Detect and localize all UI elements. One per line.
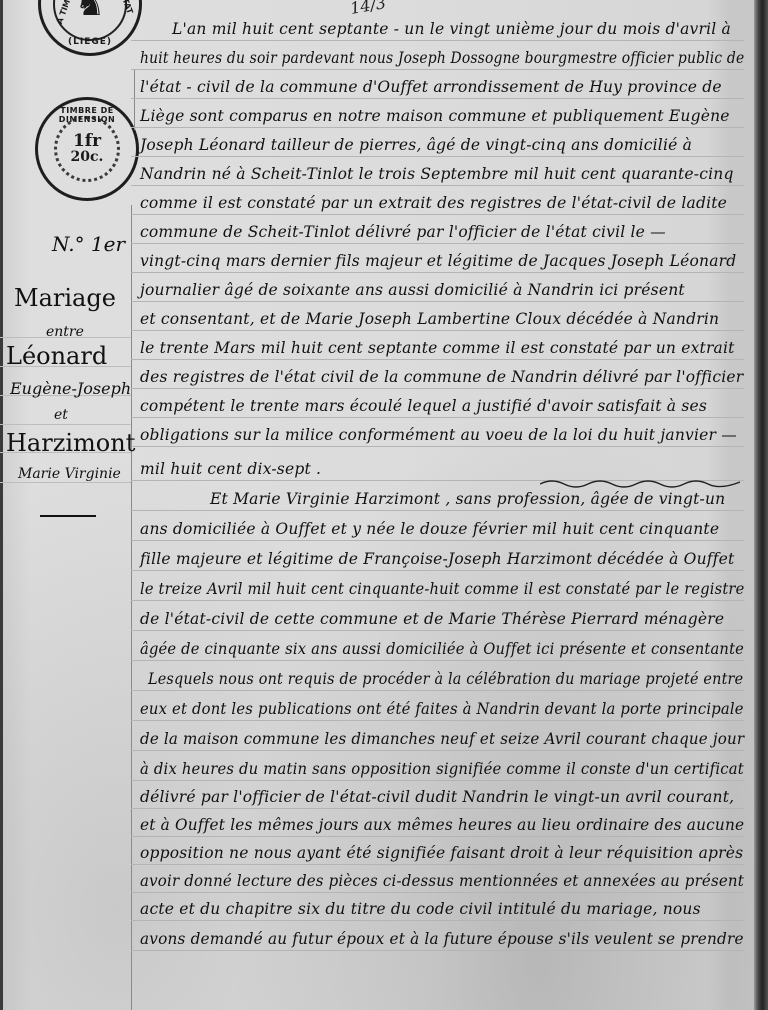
ruled-line bbox=[131, 156, 744, 157]
margin-heading-mariage: Mariage bbox=[14, 284, 116, 312]
body-line: à dix heures du matin sans opposition si… bbox=[140, 760, 744, 778]
ruled-line bbox=[131, 185, 744, 186]
margin-rule bbox=[131, 205, 132, 1010]
book-binding bbox=[754, 0, 768, 1010]
margin-and: et bbox=[54, 407, 68, 423]
body-line: Et Marie Virginie Harzimont , sans profe… bbox=[210, 490, 725, 508]
body-line: obligations sur la milice conformément a… bbox=[140, 426, 737, 444]
ruled-line bbox=[131, 417, 744, 418]
bride-given-names: Marie Virginie bbox=[18, 466, 121, 482]
body-line: compétent le trente mars écoulé lequel a… bbox=[140, 397, 707, 415]
ruled-line bbox=[131, 570, 744, 571]
body-line: commune de Scheit-Tinlot délivré par l'o… bbox=[140, 223, 666, 241]
body-line: avoir donné lecture des pièces ci-dessus… bbox=[140, 872, 744, 890]
body-line: et à Ouffet les mêmes jours aux mêmes he… bbox=[140, 816, 744, 834]
body-line: délivré par l'officier de l'état-civil d… bbox=[140, 788, 734, 806]
liege-stamp: ♞ A TIMBRE ETAT (LIEGE) bbox=[38, 0, 142, 56]
dimension-stamp: TIMBRE DE DIMENSION 1fr 20c. bbox=[35, 97, 139, 201]
ruled-line bbox=[131, 920, 744, 921]
ruled-line bbox=[131, 864, 744, 865]
ruled-line bbox=[131, 600, 744, 601]
ruled-line bbox=[131, 950, 744, 951]
body-line: acte et du chapitre six du titre du code… bbox=[140, 900, 701, 918]
act-number: N.° 1er bbox=[52, 232, 125, 256]
body-line: le treize Avril mil huit cent cinquante-… bbox=[140, 580, 744, 598]
margin-separator bbox=[40, 515, 96, 517]
body-line: Lesquels nous ont requis de procéder à l… bbox=[148, 670, 743, 688]
margin-ruled-line bbox=[0, 482, 131, 483]
ruled-line bbox=[131, 690, 744, 691]
groom-given-names: Eugène-Joseph bbox=[10, 379, 131, 398]
ruled-line bbox=[131, 750, 744, 751]
ruled-line bbox=[131, 243, 744, 244]
stamp-value-cents: 20c. bbox=[71, 150, 104, 165]
body-line: Joseph Léonard tailleur de pierres, âgé … bbox=[140, 136, 692, 154]
ruled-line bbox=[131, 808, 744, 809]
body-line: de l'état-civil de cette commune et de M… bbox=[140, 610, 724, 628]
body-line: le trente Mars mil huit cent septante co… bbox=[140, 339, 735, 357]
body-line: comme il est constaté par un extrait des… bbox=[140, 194, 727, 212]
body-line: l'état - civil de la commune d'Ouffet ar… bbox=[140, 78, 722, 96]
lion-icon: ♞ bbox=[75, 0, 105, 21]
ruled-line bbox=[131, 214, 744, 215]
ruled-line bbox=[131, 720, 744, 721]
body-line: des registres de l'état civil de la comm… bbox=[140, 368, 743, 386]
stamp-ring-text: (LIEGE) bbox=[68, 37, 112, 47]
line-filler-flourish bbox=[540, 476, 740, 490]
body-line: mil huit cent dix-sept . bbox=[140, 460, 321, 478]
body-line: de la maison commune les dimanches neuf … bbox=[140, 730, 744, 748]
ruled-line bbox=[131, 388, 744, 389]
ruled-line bbox=[131, 69, 744, 70]
ruled-line bbox=[131, 780, 744, 781]
body-line: Liège sont comparus en notre maison comm… bbox=[140, 107, 730, 125]
ruled-line bbox=[131, 630, 744, 631]
wreath-icon: 1fr 20c. bbox=[54, 116, 120, 182]
body-line: Nandrin né à Scheit-Tinlot le trois Sept… bbox=[140, 165, 734, 183]
body-line: eux et dont les publications ont été fai… bbox=[140, 700, 744, 718]
body-line: âgée de cinquante six ans aussi domicili… bbox=[140, 640, 744, 658]
ruled-line bbox=[131, 301, 744, 302]
margin-rule-top bbox=[134, 70, 135, 130]
margin-between: entre bbox=[46, 324, 84, 340]
document-page: 14/3 ♞ A TIMBRE ETAT (LIEGE) TIMBRE DE D… bbox=[0, 0, 768, 1010]
ruled-line bbox=[131, 127, 744, 128]
ruled-line bbox=[131, 40, 744, 41]
ruled-line bbox=[131, 836, 744, 837]
ruled-line bbox=[131, 98, 744, 99]
body-line: opposition ne nous ayant été signifiée f… bbox=[140, 844, 743, 862]
ruled-line bbox=[131, 330, 744, 331]
stamp-value-francs: 1fr bbox=[73, 133, 101, 150]
body-line: L'an mil huit cent septante - un le ving… bbox=[172, 20, 731, 38]
ruled-line bbox=[131, 446, 744, 447]
page-left-edge bbox=[0, 0, 3, 1010]
body-line: fille majeure et légitime de Françoise-J… bbox=[140, 550, 734, 568]
margin-ruled-line bbox=[0, 424, 131, 425]
body-line: avons demandé au futur époux et à la fut… bbox=[140, 930, 744, 948]
stamp-arc-text: TIMBRE DE DIMENSION bbox=[38, 106, 136, 124]
ruled-line bbox=[131, 540, 744, 541]
body-line: journalier âgé de soixante ans aussi dom… bbox=[140, 281, 685, 299]
groom-surname: Léonard bbox=[6, 342, 107, 370]
ruled-line bbox=[131, 272, 744, 273]
body-line: vingt-cinq mars dernier fils majeur et l… bbox=[140, 252, 736, 270]
bride-surname: Harzimont bbox=[6, 429, 135, 457]
body-line: huit heures du soir pardevant nous Josep… bbox=[140, 49, 744, 67]
ruled-line bbox=[131, 510, 744, 511]
ruled-line bbox=[131, 660, 744, 661]
ruled-line bbox=[131, 892, 744, 893]
folio-number: 14/3 bbox=[349, 0, 388, 18]
body-line: et consentant, et de Marie Joseph Lamber… bbox=[140, 310, 719, 328]
ruled-line bbox=[131, 359, 744, 360]
body-line: ans domiciliée à Ouffet et y née le douz… bbox=[140, 520, 719, 538]
